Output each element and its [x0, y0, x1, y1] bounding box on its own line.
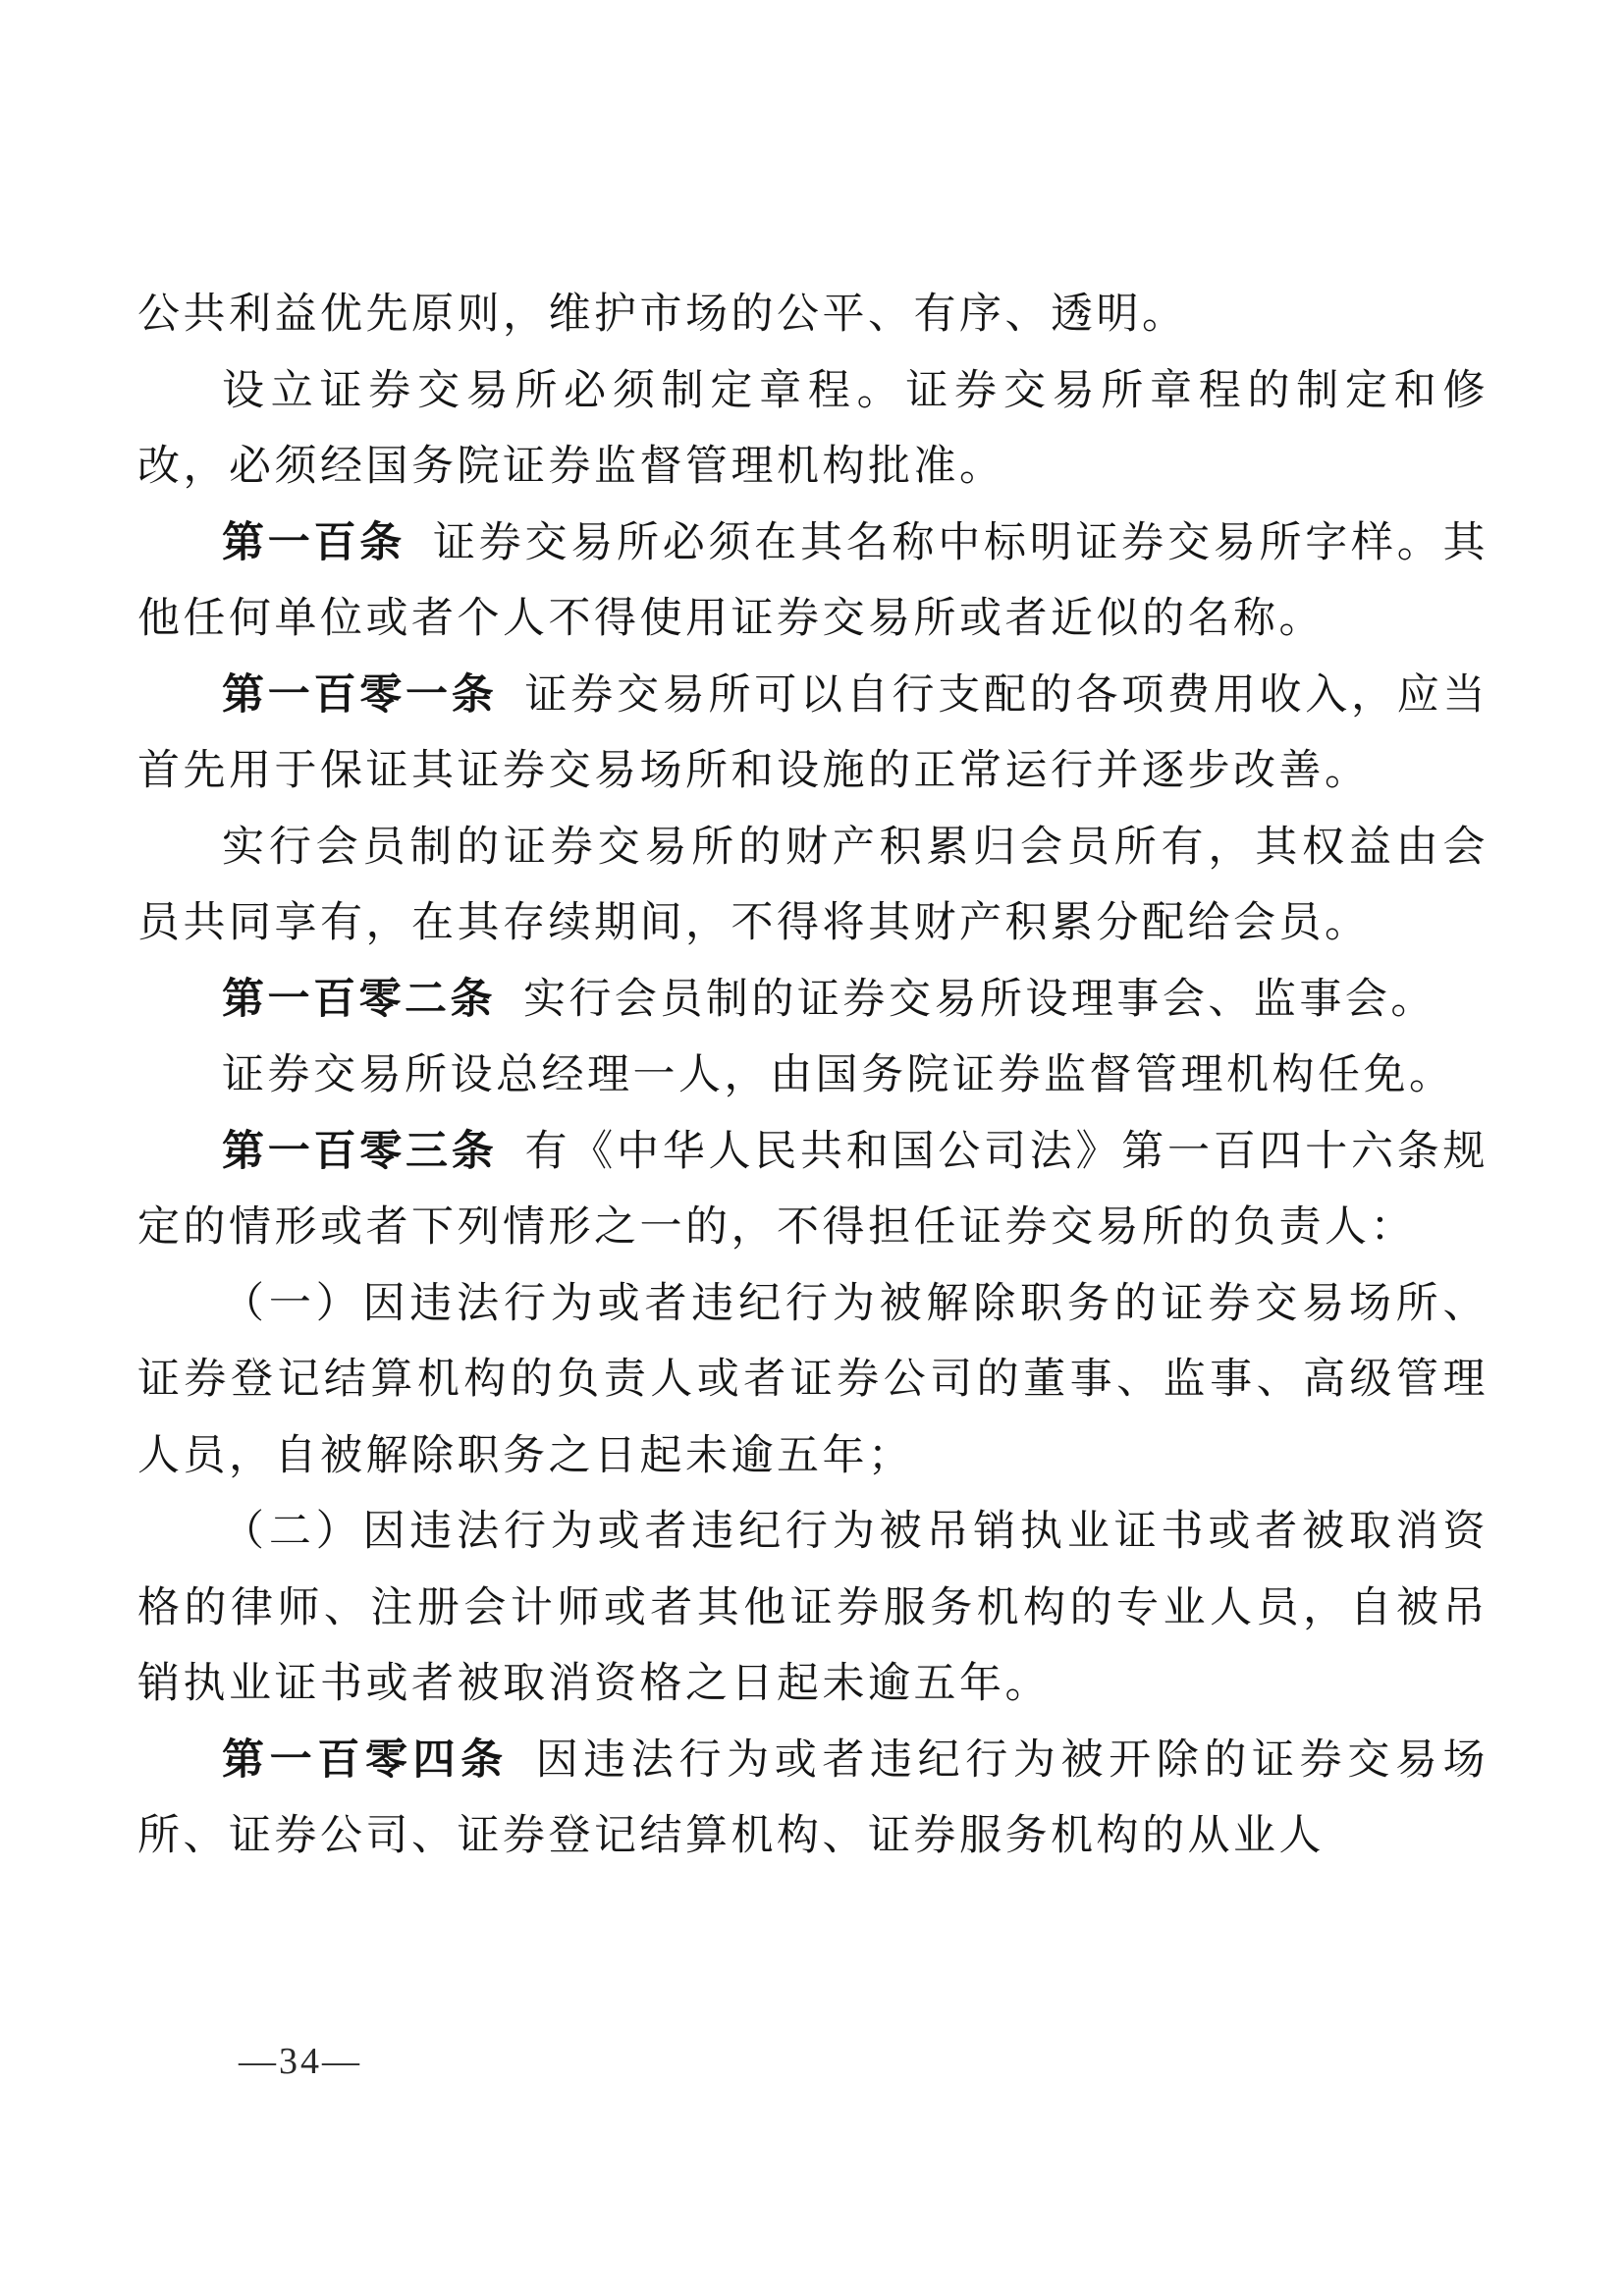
paragraph-article-102: 第一百零二条实行会员制的证券交易所设理事会、监事会。 — [137, 962, 1489, 1039]
paragraph-item-1: （一）因违法行为或者违纪行为被解除职务的证券交易场所、证券登记结算机构的负责人或… — [137, 1266, 1489, 1495]
article-number: 第一百零一条 — [222, 672, 498, 719]
paragraph: 证券交易所设总经理一人，由国务院证券监督管理机构任免。 — [137, 1038, 1489, 1114]
article-number: 第一百零二条 — [222, 977, 496, 1023]
page-number: —34— — [239, 2040, 362, 2083]
paragraph-text: （一）因违法行为或者违纪行为被解除职务的证券交易场所、证券登记结算机构的负责人或… — [137, 1281, 1489, 1479]
paragraph-text: 设立证券交易所必须制定章程。证券交易所章程的制定和修改，必须经国务院证券监督管理… — [137, 368, 1489, 491]
paragraph: 实行会员制的证券交易所的财产积累归会员所有，其权益由会员共同享有，在其存续期间，… — [137, 810, 1489, 962]
article-number: 第一百零三条 — [222, 1129, 498, 1175]
paragraph-article-101: 第一百零一条证券交易所可以自行支配的各项费用收入，应当首先用于保证其证券交易场所… — [137, 658, 1489, 810]
paragraph-article-104: 第一百零四条因违法行为或者违纪行为被开除的证券交易场所、证券公司、证券登记结算机… — [137, 1723, 1489, 1875]
paragraph-article-103: 第一百零三条有《中华人民共和国公司法》第一百四十六条规定的情形或者下列情形之一的… — [137, 1114, 1489, 1266]
paragraph-text: 实行会员制的证券交易所设理事会、监事会。 — [523, 977, 1436, 1023]
article-number: 第一百条 — [222, 520, 406, 566]
paragraph-item-2: （二）因违法行为或者违纪行为被吊销执业证书或者被取消资格的律师、注册会计师或者其… — [137, 1494, 1489, 1723]
paragraph-text: 证券交易所设总经理一人，由国务院证券监督管理机构任免。 — [222, 1052, 1455, 1098]
paragraph-continuation: 公共利益优先原则，维护市场的公平、有序、透明。 — [137, 277, 1489, 353]
paragraph: 设立证券交易所必须制定章程。证券交易所章程的制定和修改，必须经国务院证券监督管理… — [137, 353, 1489, 506]
paragraph-text: （二）因违法行为或者违纪行为被吊销执业证书或者被取消资格的律师、注册会计师或者其… — [137, 1509, 1489, 1707]
document-page: 公共利益优先原则，维护市场的公平、有序、透明。 设立证券交易所必须制定章程。证券… — [0, 0, 1624, 2296]
article-number: 第一百零四条 — [222, 1737, 509, 1784]
paragraph-text: 实行会员制的证券交易所的财产积累归会员所有，其权益由会员共同享有，在其存续期间，… — [137, 825, 1489, 947]
document-body: 公共利益优先原则，维护市场的公平、有序、透明。 设立证券交易所必须制定章程。证券… — [137, 277, 1489, 1875]
paragraph-article-100: 第一百条证券交易所必须在其名称中标明证券交易所字样。其他任何单位或者个人不得使用… — [137, 506, 1489, 658]
paragraph-text: 公共利益优先原则，维护市场的公平、有序、透明。 — [137, 292, 1188, 338]
